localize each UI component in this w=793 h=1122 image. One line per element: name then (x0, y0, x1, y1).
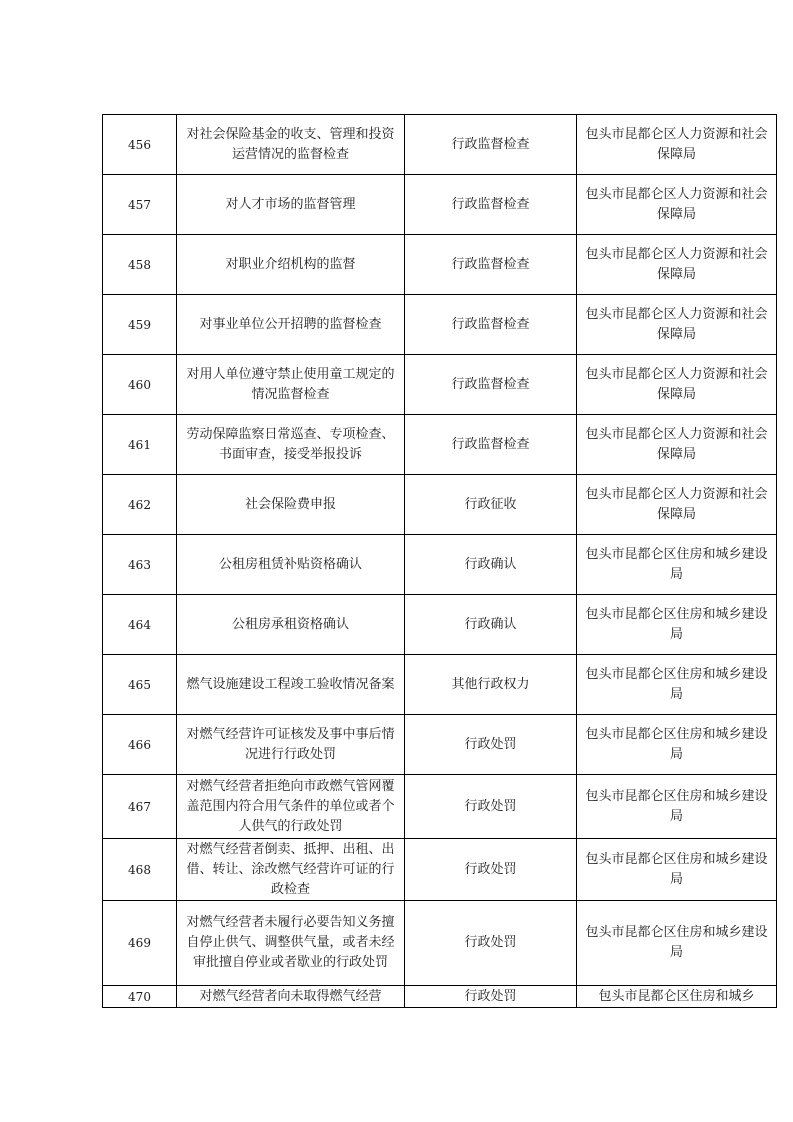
row-number-cell: 468 (103, 839, 177, 901)
table-row: 458对职业介绍机构的监督行政监督检查包头市昆都仑区人力资源和社会保障局 (103, 235, 777, 295)
power-type-cell: 行政处罚 (405, 839, 577, 901)
department-cell: 包头市昆都仑区人力资源和社会保障局 (577, 235, 777, 295)
row-number-cell: 456 (103, 115, 177, 175)
row-number-cell: 467 (103, 775, 177, 839)
department-cell: 包头市昆都仑区住房和城乡建设局 (577, 901, 777, 986)
power-type-cell: 行政监督检查 (405, 175, 577, 235)
power-type-cell: 其他行政权力 (405, 655, 577, 715)
department-cell: 包头市昆都仑区人力资源和社会保障局 (577, 115, 777, 175)
row-number-cell: 460 (103, 355, 177, 415)
item-name-cell: 对事业单位公开招聘的监督检查 (177, 295, 405, 355)
power-type-cell: 行政监督检查 (405, 115, 577, 175)
row-number-cell: 469 (103, 901, 177, 986)
item-name-cell: 对燃气经营许可证核发及事中事后情况进行行政处罚 (177, 715, 405, 775)
table-row: 462社会保险费申报行政征收包头市昆都仑区人力资源和社会保障局 (103, 475, 777, 535)
department-cell: 包头市昆都仑区住房和城乡建设局 (577, 595, 777, 655)
department-cell: 包头市昆都仑区住房和城乡 (577, 986, 777, 1008)
row-number-cell: 461 (103, 415, 177, 475)
department-cell: 包头市昆都仑区住房和城乡建设局 (577, 715, 777, 775)
table-row: 468对燃气经营者倒卖、抵押、出租、出借、转让、涂改燃气经营许可证的行政检查行政… (103, 839, 777, 901)
table-body: 456对社会保险基金的收支、管理和投资运营情况的监督检查行政监督检查包头市昆都仑… (103, 115, 777, 1008)
department-cell: 包头市昆都仑区人力资源和社会保障局 (577, 475, 777, 535)
power-type-cell: 行政确认 (405, 535, 577, 595)
power-type-cell: 行政监督检查 (405, 295, 577, 355)
table-row: 456对社会保险基金的收支、管理和投资运营情况的监督检查行政监督检查包头市昆都仑… (103, 115, 777, 175)
power-type-cell: 行政处罚 (405, 901, 577, 986)
item-name-cell: 对职业介绍机构的监督 (177, 235, 405, 295)
table-row: 467对燃气经营者拒绝向市政燃气管网覆盖范围内符合用气条件的单位或者个人供气的行… (103, 775, 777, 839)
item-name-cell: 社会保险费申报 (177, 475, 405, 535)
department-cell: 包头市昆都仑区住房和城乡建设局 (577, 655, 777, 715)
power-type-cell: 行政监督检查 (405, 235, 577, 295)
table-row: 465燃气设施建设工程竣工验收情况备案其他行政权力包头市昆都仑区住房和城乡建设局 (103, 655, 777, 715)
table-row: 457对人才市场的监督管理行政监督检查包头市昆都仑区人力资源和社会保障局 (103, 175, 777, 235)
power-type-cell: 行政确认 (405, 595, 577, 655)
row-number-cell: 462 (103, 475, 177, 535)
power-type-cell: 行政征收 (405, 475, 577, 535)
item-name-cell: 公租房租赁补贴资格确认 (177, 535, 405, 595)
power-type-cell: 行政监督检查 (405, 415, 577, 475)
department-cell: 包头市昆都仑区人力资源和社会保障局 (577, 295, 777, 355)
item-name-cell: 对燃气经营者倒卖、抵押、出租、出借、转让、涂改燃气经营许可证的行政检查 (177, 839, 405, 901)
table-row: 461劳动保障监察日常巡查、专项检查、书面审查，接受举报投诉行政监督检查包头市昆… (103, 415, 777, 475)
table-row: 464公租房承租资格确认行政确认包头市昆都仑区住房和城乡建设局 (103, 595, 777, 655)
power-type-cell: 行政监督检查 (405, 355, 577, 415)
department-cell: 包头市昆都仑区住房和城乡建设局 (577, 839, 777, 901)
power-type-cell: 行政处罚 (405, 775, 577, 839)
department-cell: 包头市昆都仑区住房和城乡建设局 (577, 775, 777, 839)
item-name-cell: 对用人单位遵守禁止使用童工规定的情况监督检查 (177, 355, 405, 415)
item-name-cell: 公租房承租资格确认 (177, 595, 405, 655)
department-cell: 包头市昆都仑区人力资源和社会保障局 (577, 175, 777, 235)
table-row: 460对用人单位遵守禁止使用童工规定的情况监督检查行政监督检查包头市昆都仑区人力… (103, 355, 777, 415)
row-number-cell: 466 (103, 715, 177, 775)
row-number-cell: 459 (103, 295, 177, 355)
item-name-cell: 劳动保障监察日常巡查、专项检查、书面审查，接受举报投诉 (177, 415, 405, 475)
table-row: 466对燃气经营许可证核发及事中事后情况进行行政处罚行政处罚包头市昆都仑区住房和… (103, 715, 777, 775)
item-name-cell: 对人才市场的监督管理 (177, 175, 405, 235)
table-row: 463公租房租赁补贴资格确认行政确认包头市昆都仑区住房和城乡建设局 (103, 535, 777, 595)
power-list-table: 456对社会保险基金的收支、管理和投资运营情况的监督检查行政监督检查包头市昆都仑… (102, 114, 777, 1008)
table-row: 470对燃气经营者向未取得燃气经营行政处罚包头市昆都仑区住房和城乡 (103, 986, 777, 1008)
row-number-cell: 470 (103, 986, 177, 1008)
item-name-cell: 对社会保险基金的收支、管理和投资运营情况的监督检查 (177, 115, 405, 175)
row-number-cell: 464 (103, 595, 177, 655)
power-type-cell: 行政处罚 (405, 986, 577, 1008)
item-name-cell: 对燃气经营者未履行必要告知义务擅自停止供气、调整供气量，或者未经审批擅自停业或者… (177, 901, 405, 986)
department-cell: 包头市昆都仑区住房和城乡建设局 (577, 535, 777, 595)
row-number-cell: 463 (103, 535, 177, 595)
row-number-cell: 465 (103, 655, 177, 715)
row-number-cell: 457 (103, 175, 177, 235)
table-row: 459对事业单位公开招聘的监督检查行政监督检查包头市昆都仑区人力资源和社会保障局 (103, 295, 777, 355)
table-row: 469对燃气经营者未履行必要告知义务擅自停止供气、调整供气量，或者未经审批擅自停… (103, 901, 777, 986)
item-name-cell: 对燃气经营者向未取得燃气经营 (177, 986, 405, 1008)
item-name-cell: 燃气设施建设工程竣工验收情况备案 (177, 655, 405, 715)
power-type-cell: 行政处罚 (405, 715, 577, 775)
department-cell: 包头市昆都仑区人力资源和社会保障局 (577, 355, 777, 415)
department-cell: 包头市昆都仑区人力资源和社会保障局 (577, 415, 777, 475)
row-number-cell: 458 (103, 235, 177, 295)
item-name-cell: 对燃气经营者拒绝向市政燃气管网覆盖范围内符合用气条件的单位或者个人供气的行政处罚 (177, 775, 405, 839)
